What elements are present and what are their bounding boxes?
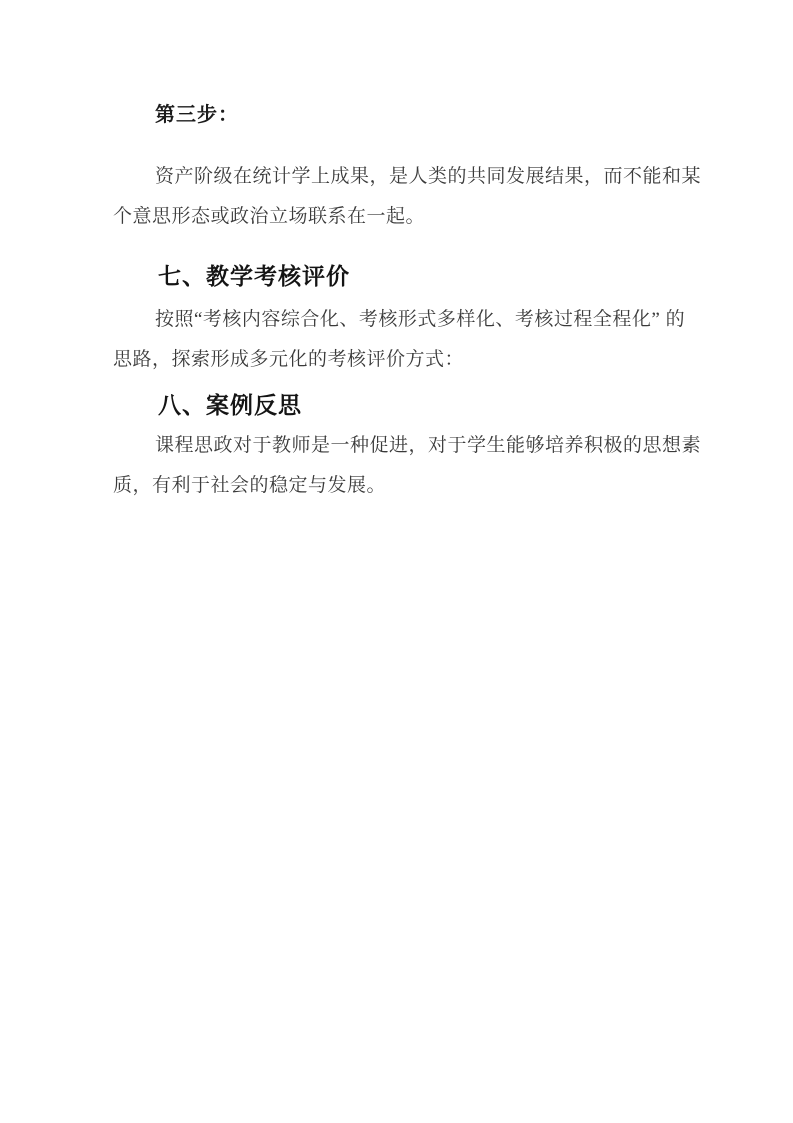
paragraph-line: 质，有利于社会的稳定与发展。 [113,466,691,506]
paragraph-block: 资产阶级在统计学上成果，是人类的共同发展结果，而不能和某 个意思形态或政治立场联… [113,157,691,237]
paragraph-line: 资产阶级在统计学上成果，是人类的共同发展结果，而不能和某 [113,157,691,197]
paragraph-line: 个意思形态或政治立场联系在一起。 [113,197,691,237]
paragraph-line: 按照“考核内容综合化、考核形式多样化、考核过程全程化” 的 [113,300,691,340]
paragraph-block: 课程思政对于教师是一种促进，对于学生能够培养积极的思想素 质，有利于社会的稳定与… [113,426,691,506]
paragraph-line: 思路，探索形成多元化的考核评价方式： [113,340,691,380]
paragraph-block: 按照“考核内容综合化、考核形式多样化、考核过程全程化” 的 思路，探索形成多元化… [113,300,691,380]
document-page: 第三步： 资产阶级在统计学上成果，是人类的共同发展结果，而不能和某 个意思形态或… [0,0,793,1123]
paragraph-line: 课程思政对于教师是一种促进，对于学生能够培养积极的思想素 [113,426,691,466]
section-heading-seven: 七、教学考核评价 [113,261,736,291]
section-heading-eight: 八、案例反思 [113,390,736,420]
step-subheading: 第三步： [113,102,733,128]
